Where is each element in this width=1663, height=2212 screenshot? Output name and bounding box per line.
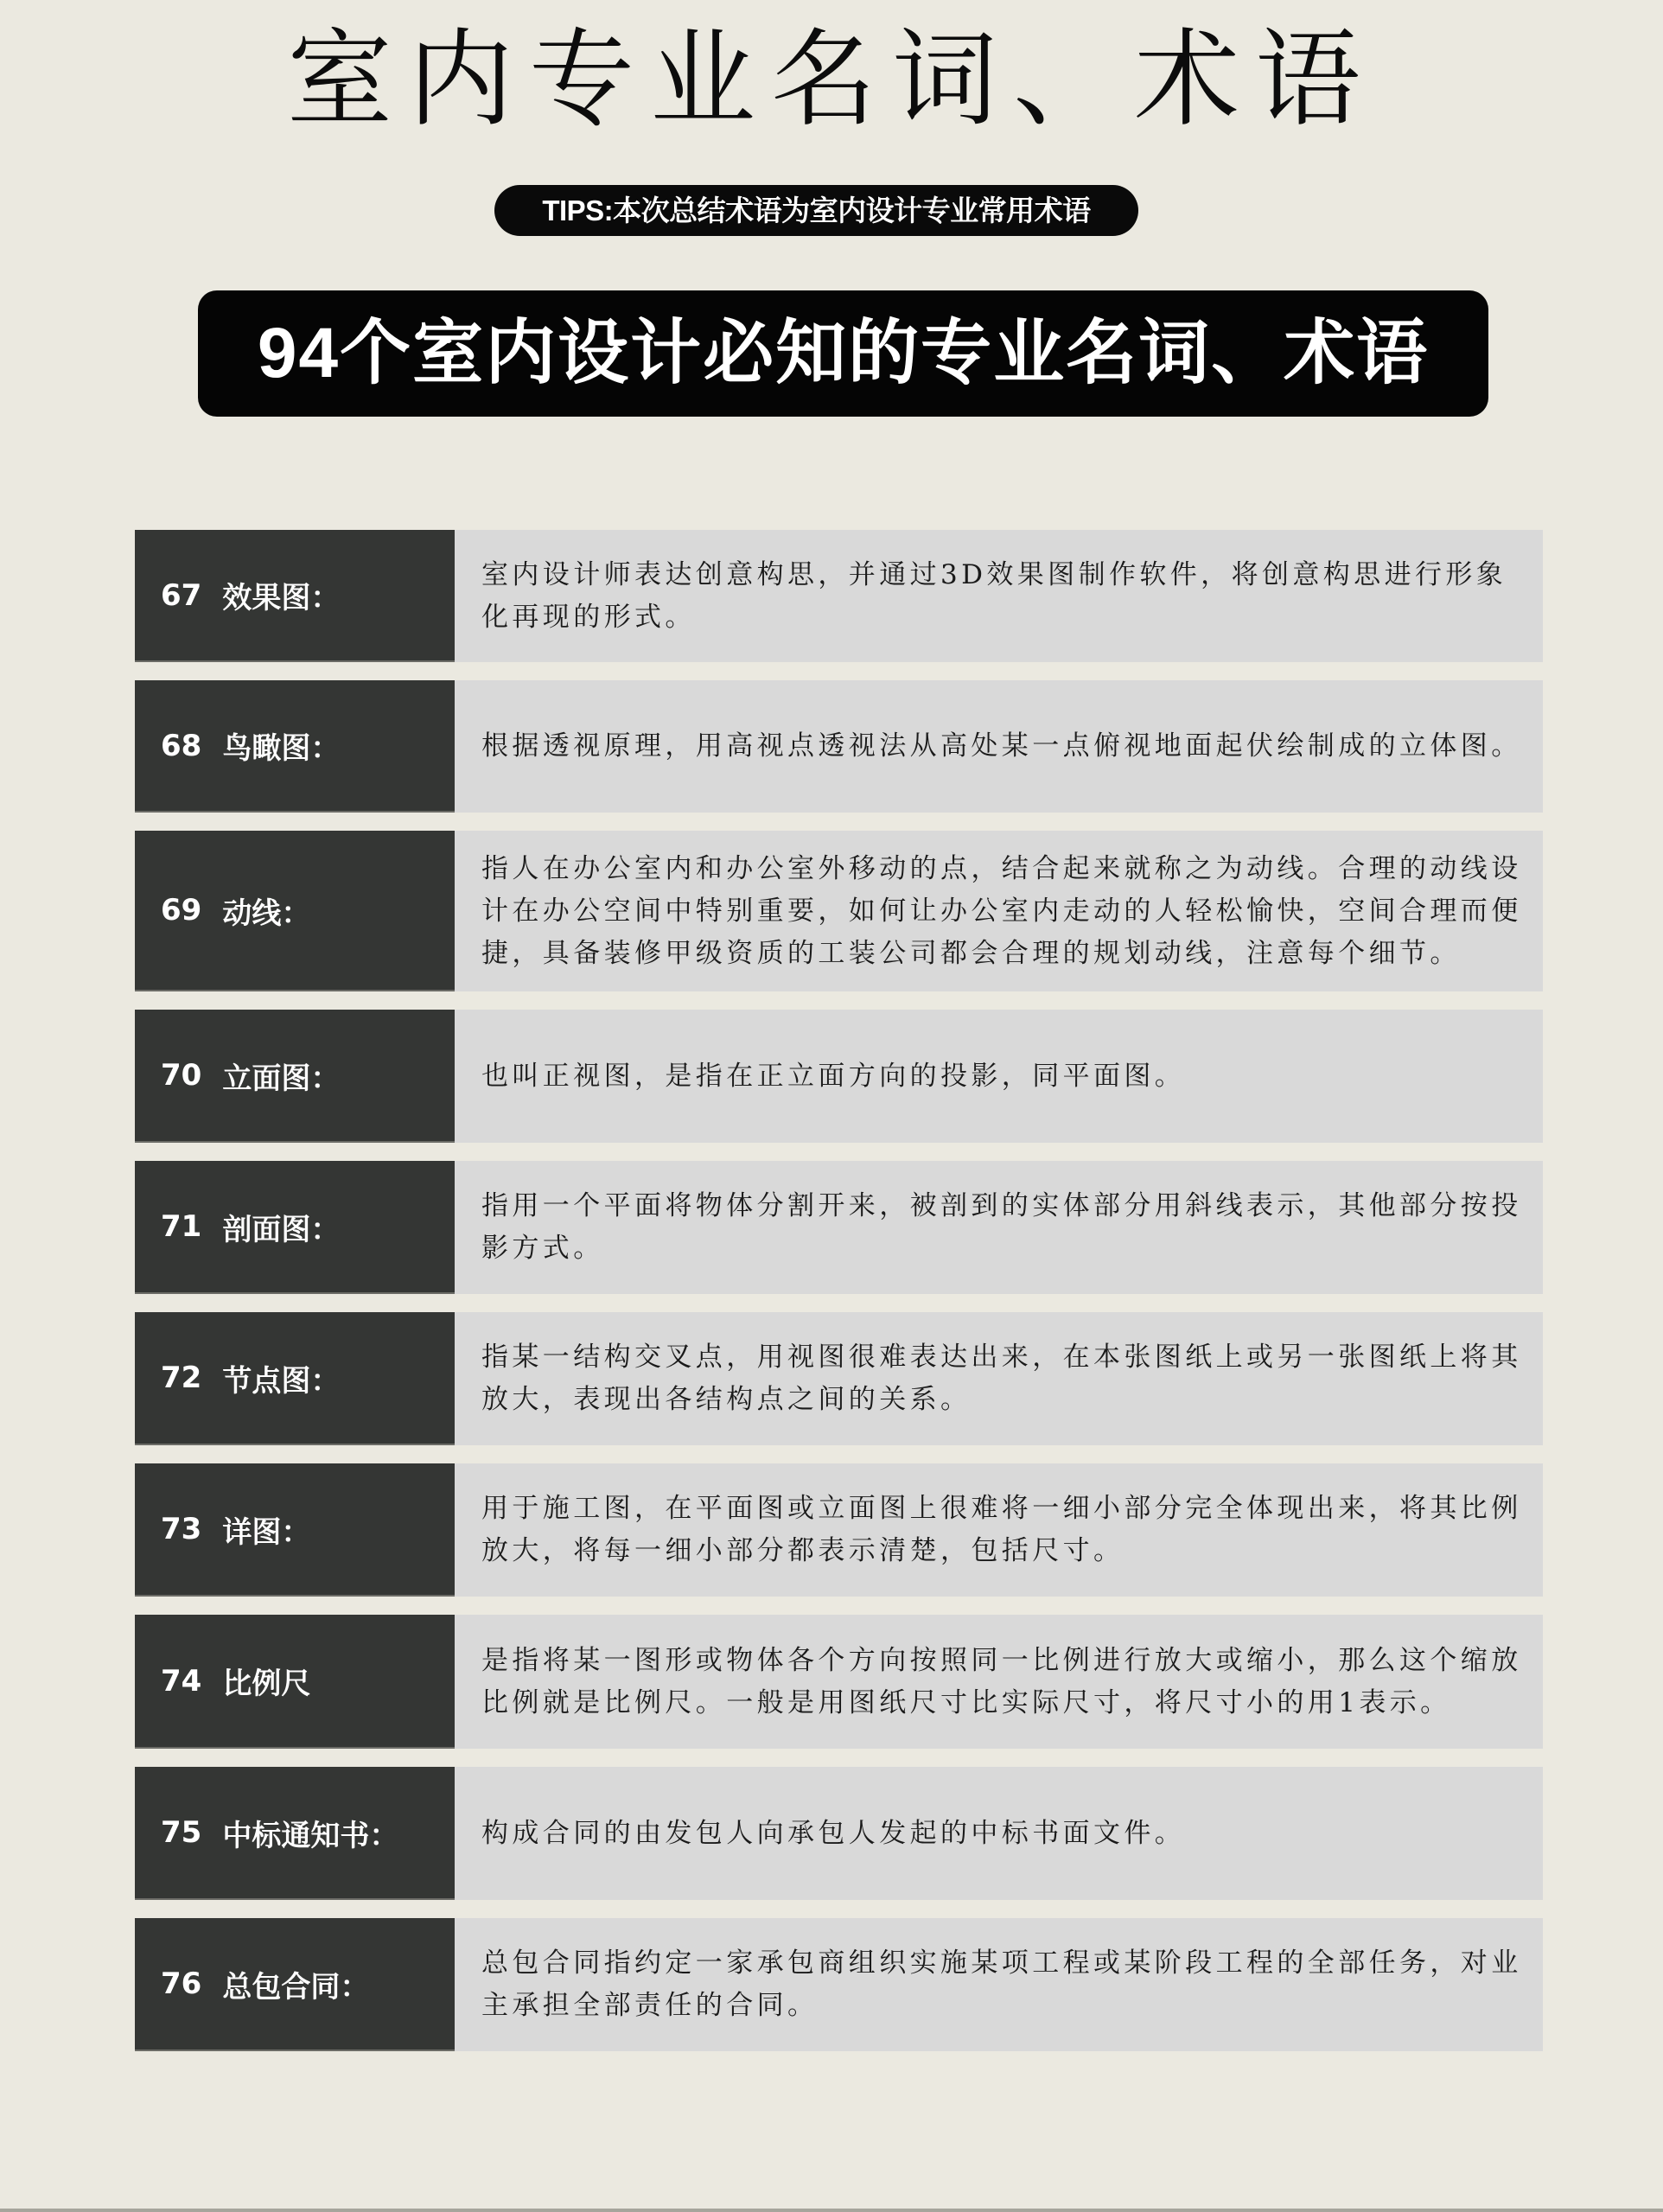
bottom-divider	[0, 2209, 1663, 2212]
term-number: 75	[161, 1815, 201, 1850]
term-row: 72 节点图： 指某一结构交叉点，用视图很难表达出来，在本张图纸上或另一张图纸上…	[135, 1312, 1543, 1445]
term-description-text: 指用一个平面将物体分割开来，被剖到的实体部分用斜线表示，其他部分按投影方式。	[481, 1185, 1529, 1270]
term-name: 效果图：	[222, 574, 340, 616]
term-row: 70 立面图： 也叫正视图，是指在正立面方向的投影，同平面图。	[135, 1010, 1543, 1143]
term-name: 节点图：	[222, 1357, 340, 1399]
term-description-text: 指某一结构交叉点，用视图很难表达出来，在本张图纸上或另一张图纸上将其放大，表现出…	[481, 1336, 1529, 1421]
headline-banner: 94个室内设计必知的专业名词、术语	[198, 290, 1488, 417]
term-number: 68	[161, 729, 201, 763]
term-number: 74	[161, 1664, 201, 1699]
page-title: 室内专业名词、术语	[0, 19, 1663, 140]
term-row: 69 动线： 指人在办公室内和办公室外移动的点，结合起来就称之为动线。合理的动线…	[135, 831, 1543, 991]
term-number: 72	[161, 1361, 201, 1395]
term-description-text: 也叫正视图，是指在正立面方向的投影，同平面图。	[481, 1055, 1185, 1098]
term-name: 中标通知书：	[222, 1812, 398, 1854]
term-description-text: 构成合同的由发包人向承包人发起的中标书面文件。	[481, 1813, 1185, 1855]
term-name: 立面图：	[222, 1055, 340, 1097]
term-description-text: 室内设计师表达创意构思，并通过3D效果图制作软件，将创意构思进行形象化再现的形式…	[481, 554, 1529, 639]
term-description: 构成合同的由发包人向承包人发起的中标书面文件。	[455, 1767, 1543, 1900]
term-label: 72 节点图：	[135, 1312, 455, 1445]
term-description: 是指将某一图形或物体各个方向按照同一比例进行放大或缩小，那么这个缩放比例就是比例…	[455, 1615, 1543, 1749]
term-description-text: 用于施工图，在平面图或立面图上很难将一细小部分完全体现出来，将其比例放大，将每一…	[481, 1488, 1529, 1572]
term-description: 指人在办公室内和办公室外移动的点，结合起来就称之为动线。合理的动线设计在办公空间…	[455, 831, 1543, 991]
term-description: 也叫正视图，是指在正立面方向的投影，同平面图。	[455, 1010, 1543, 1143]
term-name: 剖面图：	[222, 1206, 340, 1248]
term-label: 70 立面图：	[135, 1010, 455, 1143]
term-row: 75 中标通知书： 构成合同的由发包人向承包人发起的中标书面文件。	[135, 1767, 1543, 1900]
term-description: 根据透视原理，用高视点透视法从高处某一点俯视地面起伏绘制成的立体图。	[455, 680, 1543, 813]
term-label: 68 鸟瞰图：	[135, 680, 455, 813]
term-number: 67	[161, 578, 201, 613]
term-description: 用于施工图，在平面图或立面图上很难将一细小部分完全体现出来，将其比例放大，将每一…	[455, 1463, 1543, 1597]
term-label: 69 动线：	[135, 831, 455, 991]
term-row: 76 总包合同： 总包合同指约定一家承包商组织实施某项工程或某阶段工程的全部任务…	[135, 1918, 1543, 2051]
term-label: 73 详图：	[135, 1463, 455, 1597]
term-number: 71	[161, 1209, 201, 1244]
term-number: 76	[161, 1967, 201, 2001]
term-description: 指某一结构交叉点，用视图很难表达出来，在本张图纸上或另一张图纸上将其放大，表现出…	[455, 1312, 1543, 1445]
term-label: 75 中标通知书：	[135, 1767, 455, 1900]
term-row: 71 剖面图： 指用一个平面将物体分割开来，被剖到的实体部分用斜线表示，其他部分…	[135, 1161, 1543, 1294]
term-name: 比例尺	[222, 1660, 310, 1702]
term-row: 73 详图： 用于施工图，在平面图或立面图上很难将一细小部分完全体现出来，将其比…	[135, 1463, 1543, 1597]
term-number: 69	[161, 893, 201, 928]
terms-list: 67 效果图： 室内设计师表达创意构思，并通过3D效果图制作软件，将创意构思进行…	[135, 530, 1543, 2069]
term-description-text: 总包合同指约定一家承包商组织实施某项工程或某阶段工程的全部任务，对业主承担全部责…	[481, 1942, 1529, 2027]
term-name: 详图：	[222, 1508, 310, 1551]
term-row: 67 效果图： 室内设计师表达创意构思，并通过3D效果图制作软件，将创意构思进行…	[135, 530, 1543, 662]
term-label: 71 剖面图：	[135, 1161, 455, 1294]
term-name: 动线：	[222, 889, 310, 932]
term-row: 68 鸟瞰图： 根据透视原理，用高视点透视法从高处某一点俯视地面起伏绘制成的立体…	[135, 680, 1543, 813]
term-number: 73	[161, 1512, 201, 1546]
term-description-text: 根据透视原理，用高视点透视法从高处某一点俯视地面起伏绘制成的立体图。	[481, 725, 1522, 768]
term-description: 室内设计师表达创意构思，并通过3D效果图制作软件，将创意构思进行形象化再现的形式…	[455, 530, 1543, 662]
term-label: 76 总包合同：	[135, 1918, 455, 2051]
term-description: 指用一个平面将物体分割开来，被剖到的实体部分用斜线表示，其他部分按投影方式。	[455, 1161, 1543, 1294]
tips-badge: TIPS:本次总结术语为室内设计专业常用术语	[494, 185, 1138, 236]
term-description: 总包合同指约定一家承包商组织实施某项工程或某阶段工程的全部任务，对业主承担全部责…	[455, 1918, 1543, 2051]
term-description-text: 指人在办公室内和办公室外移动的点，结合起来就称之为动线。合理的动线设计在办公空间…	[481, 848, 1529, 975]
term-description-text: 是指将某一图形或物体各个方向按照同一比例进行放大或缩小，那么这个缩放比例就是比例…	[481, 1640, 1529, 1724]
term-name: 鸟瞰图：	[222, 724, 340, 767]
term-label: 74 比例尺	[135, 1615, 455, 1749]
term-row: 74 比例尺 是指将某一图形或物体各个方向按照同一比例进行放大或缩小，那么这个缩…	[135, 1615, 1543, 1749]
term-name: 总包合同：	[222, 1963, 369, 2005]
term-label: 67 效果图：	[135, 530, 455, 662]
term-number: 70	[161, 1058, 201, 1093]
